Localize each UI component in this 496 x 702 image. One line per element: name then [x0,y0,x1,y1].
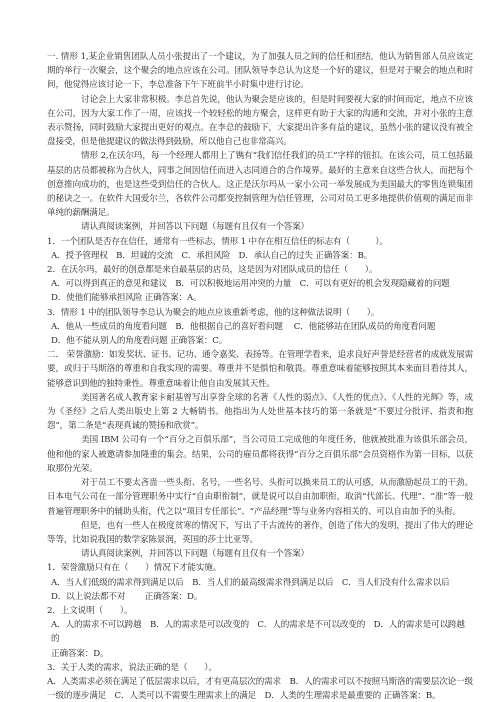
s1-q3-answer: D．他不能从别人的角度看问题 正确答案：C。 [47,334,473,348]
s1-q3-options: A．他从一些成员的角度看问题 B．他根据自己的喜好看问题 C．他能够站在团队成员… [47,320,473,334]
section2-paragraph-4: 对于员工不要太吝啬一些头衔、名号，一些名号、头衔可以换来员工的认可感，从而激励起… [47,476,473,519]
section2-paragraph-3: 美国 IBM 公司有一个“百分之百俱乐部”，当公司员工完成他的年度任务，他就被批… [47,433,473,476]
s1-question-3: 3．情形 1 中的团队领导李总认为聚会的地点应该重新考虑，他的这种做法说明（ ）… [47,306,473,320]
section2-instruction: 请认真阅读案例，并回答以下问题（每题有且仅有一个答案） [47,547,473,561]
s2-q3-options: A．人类需求必须在满足了低层需求以后，才有更高层次的需求 B．人的需求可以不按照… [47,675,473,702]
s2-q2-options: A．人的需求不可以跨越 B．人的需求是可以改变的 C．人的需求是不可以改变的 D… [47,618,473,646]
section1-instruction: 请认真阅读案例，并回答以下问题（每题有且仅有一个答案） [47,220,473,234]
s2-question-3: 3．关于人类的需求，说法正确的是（ ）。 [47,661,473,675]
s1-q1-options: A．授予管理权 B．坦诚的交流 C．承担风险 D．承认自己的过失 正确答案：B。 [47,249,473,263]
s1-q2-answer: D．使他们能够承担风险 正确答案：A。 [47,291,473,305]
s1-question-1: 1．一个团队是否存在信任，通常有一些标志，情形 1 中存在相互信任的标志有（ ）… [47,235,473,249]
section2-paragraph-5: 但是，也有一些人在极度贫寒的情况下，写出了千古流传的著作，创造了伟大的发明，提出… [47,519,473,547]
section2-paragraph-1: 二． 荣誉激励：如发奖状、证书、记功、通令嘉奖、表扬等。在管理学看来，追求良好声… [47,348,473,391]
s2-question-2: 2．上文说明（ ）。 [47,604,473,618]
case1-paragraph-1: 一. 情形 1,某企业销售团队人员小张提出了一个建议，为了加强人员之间的信任和团… [47,50,473,93]
document-page: 一. 情形 1,某企业销售团队人员小张提出了一个建议，为了加强人员之间的信任和团… [47,50,473,702]
case1-paragraph-2: 讨论会上大家非常积极。李总首先说，他认为聚会是应该的，但是时间要视大家的时间而定… [47,93,473,150]
s1-question-2: 2．在沃尔玛，最好的创意都是来自最基层的店员，这是因为对团队成员的信任（ ）。 [47,263,473,277]
s2-q1-answer: D．以上说法都不对 正确答案：D。 [47,590,473,604]
s2-question-1: 1．荣誉激励只有在（ ）情况下才能实施。 [47,561,473,575]
s2-q1-options: A．当人们低级的需求得到满足以后 B．当人们的最高级需求得到满足以后 C．当人们… [47,576,473,590]
s2-q2-answer: 正确答案：D。 [47,647,473,661]
case2-paragraph: 情形 2,在沃尔玛，每一个经理人都用上了镌有“我们信任我们的员工”字样的钮扣。在… [47,149,473,220]
section2-paragraph-2: 美国著名成人教育家卡耐基曾写出享誉全球的名著《人性的弱点》、《人性的优点》、《人… [47,391,473,434]
s1-q2-options: A．可以得到真正的意见和建议 B．可以积极地运用冲突的力量 C．可以有更好的机会… [47,277,473,291]
